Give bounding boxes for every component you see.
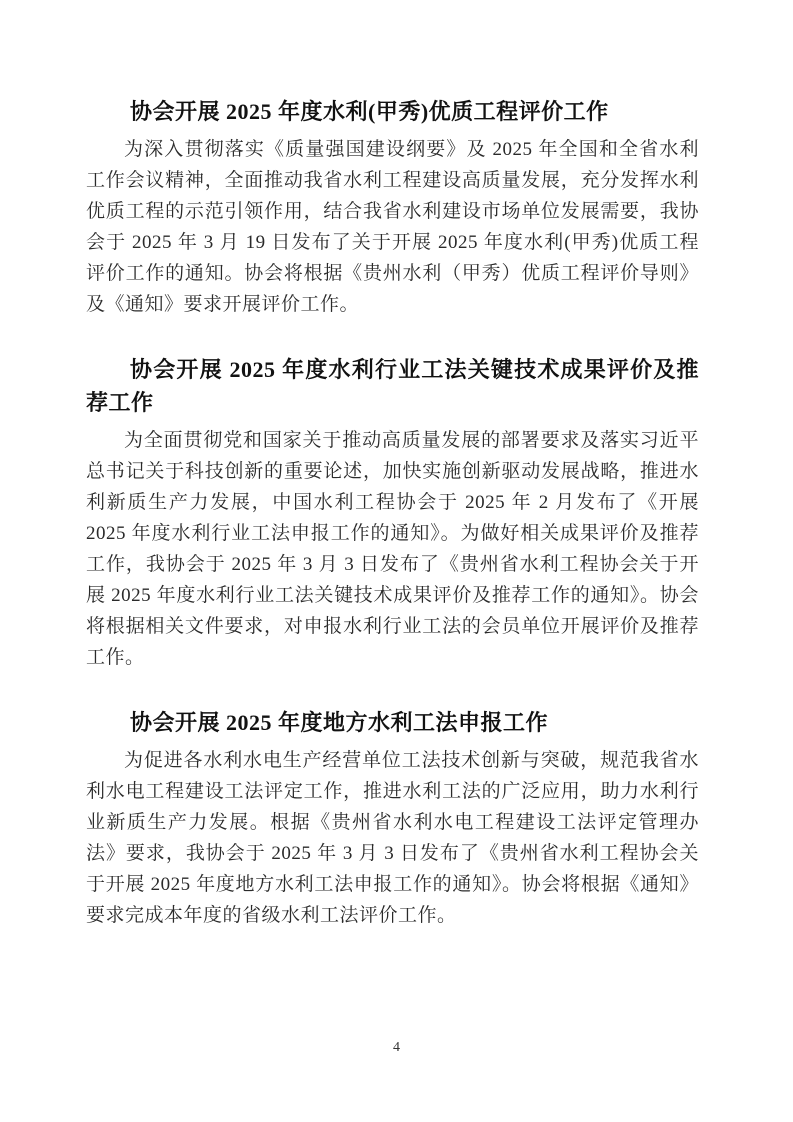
page-footer: 4 <box>0 1038 793 1056</box>
section-local-construction-method-application: 协会开展 2025 年度地方水利工法申报工作 为促进各水利水电生产经营单位工法技… <box>86 706 699 931</box>
page-number: 4 <box>393 1040 400 1055</box>
section-paragraph: 为深入贯彻落实《质量强国建设纲要》及 2025 年全国和全省水利工作会议精神，全… <box>86 134 699 320</box>
section-heading: 协会开展 2025 年度地方水利工法申报工作 <box>86 706 699 739</box>
page-content: 协会开展 2025 年度水利(甲秀)优质工程评价工作 为深入贯彻落实《质量强国建… <box>86 95 699 931</box>
section-paragraph: 为促进各水利水电生产经营单位工法技术创新与突破，规范我省水利水电工程建设工法评定… <box>86 745 699 931</box>
section-heading: 协会开展 2025 年度水利行业工法关键技术成果评价及推荐工作 <box>86 353 699 419</box>
section-paragraph: 为全面贯彻党和国家关于推动高质量发展的部署要求及落实习近平总书记关于科技创新的重… <box>86 425 699 673</box>
document-page: 协会开展 2025 年度水利(甲秀)优质工程评价工作 为深入贯彻落实《质量强国建… <box>0 0 793 1122</box>
section-water-quality-project-evaluation: 协会开展 2025 年度水利(甲秀)优质工程评价工作 为深入贯彻落实《质量强国建… <box>86 95 699 320</box>
section-industry-construction-method-evaluation: 协会开展 2025 年度水利行业工法关键技术成果评价及推荐工作 为全面贯彻党和国… <box>86 353 699 673</box>
section-heading: 协会开展 2025 年度水利(甲秀)优质工程评价工作 <box>86 95 699 128</box>
